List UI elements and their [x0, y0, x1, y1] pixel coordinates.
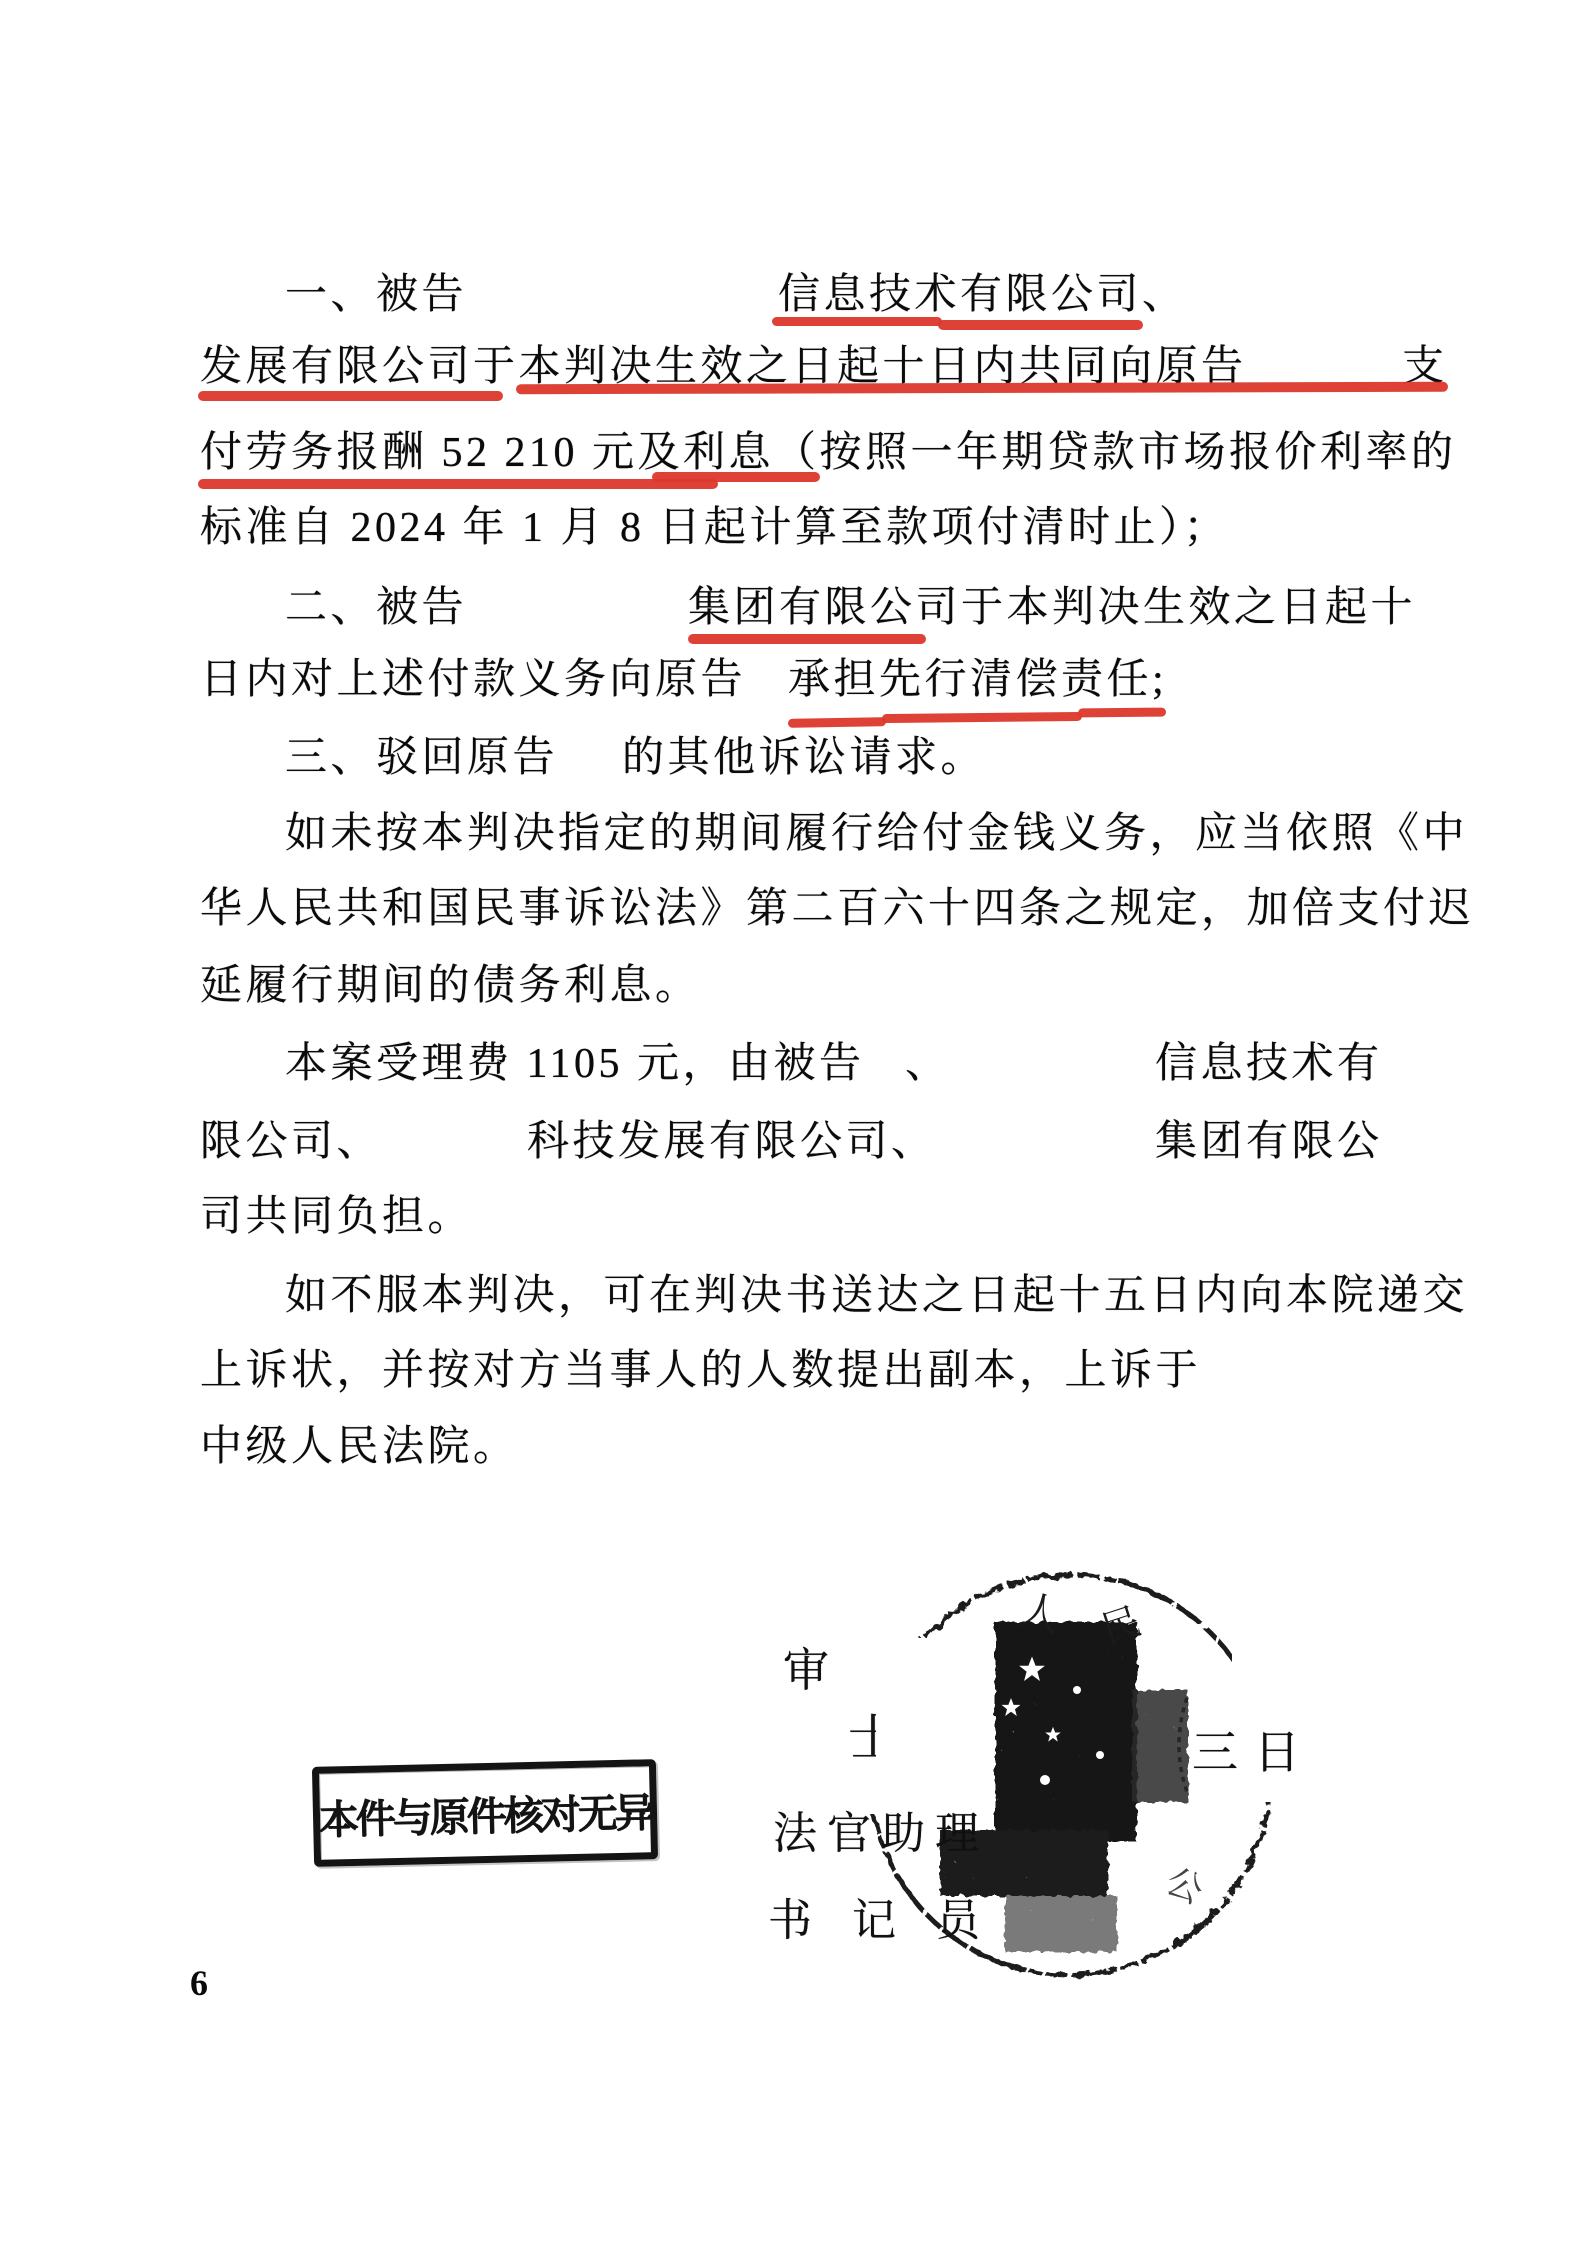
- seal-ink-garble: [1132, 1690, 1188, 1802]
- judgment-line-13: 司共同负担。: [200, 1194, 473, 1240]
- judgment-line-5a: 二、被告: [285, 585, 467, 631]
- presiding-judge-label: 审: [783, 1634, 829, 1700]
- red-underline: [198, 479, 718, 489]
- judgment-line-7a: 三、驳回原告: [285, 735, 558, 781]
- red-underline: [882, 712, 1082, 723]
- red-underline: [1078, 708, 1166, 718]
- judgment-line-1b: 信息技术有限公司、: [778, 272, 1188, 318]
- judgment-line-8: 如未按本判决指定的期间履行给付金钱义务，应当依照《中: [285, 811, 1468, 857]
- judgment-date-fragment: 三日: [1192, 1716, 1316, 1782]
- red-underline: [652, 472, 820, 482]
- red-underline: [788, 717, 886, 728]
- seal-ink-blob: [995, 1622, 1137, 1842]
- judgment-page: 一、被告 信息技术有限公司、 发展有限公司于本判决生效之日起十日内共同向原告 支…: [0, 0, 1588, 2245]
- seal-ink-blob: [1005, 1896, 1117, 1952]
- judgment-line-12a: 限公司、: [200, 1119, 382, 1165]
- judgment-line-11b: 、: [905, 1041, 951, 1087]
- court-seal-stamp: 人 民 公: [815, 1530, 1360, 2035]
- verification-stamp-text: 本件与原件核对无异: [318, 1781, 652, 1846]
- judgment-line-4: 标准自 2024 年 1 月 8 日起计算至款项付清时止）；: [200, 505, 1229, 551]
- judgment-line-15: 上诉状，并按对方当事人的人数提出副本，上诉于: [200, 1348, 1201, 1394]
- clerk-label: 书记员: [768, 1884, 1020, 1948]
- judge-assistant-label: 法官助理: [773, 1797, 989, 1861]
- red-underline: [688, 634, 926, 644]
- judgment-line-1a: 一、被告: [285, 272, 467, 318]
- judgment-line-12c: 集团有限公: [1155, 1119, 1383, 1165]
- judgment-line-6a: 日内对上述付款义务向原告: [200, 657, 746, 703]
- judgment-line-10: 延履行期间的债务利息。: [200, 963, 701, 1009]
- red-underline: [772, 317, 942, 326]
- judgment-line-5b: 集团有限公司于本判决生效之日起十: [688, 585, 1416, 631]
- judgment-line-6b: 承担先行清偿责任;: [788, 657, 1167, 703]
- judgment-line-14: 如不服本判决，可在判决书送达之日起十五日内向本院递交: [285, 1273, 1468, 1319]
- seal-char-gong: 公: [1160, 1861, 1209, 1912]
- judgment-line-11a: 本案受理费 1105 元，由被告: [285, 1041, 864, 1087]
- verification-stamp: 本件与原件核对无异: [312, 1759, 658, 1867]
- page-number: 6: [190, 1962, 208, 2004]
- judgment-line-12b: 科技发展有限公司、: [527, 1119, 937, 1165]
- redacted-character-fragment: 士: [850, 1698, 876, 1762]
- judgment-line-7b: 的其他诉讼请求。: [622, 735, 986, 781]
- judgment-line-3: 付劳务报酬 52 210 元及利息（按照一年期贷款市场报价利率的: [200, 430, 1457, 476]
- judgment-line-16: 中级人民法院。: [200, 1424, 519, 1470]
- judgment-line-11c: 信息技术有: [1155, 1041, 1383, 1087]
- judgment-line-9: 华人民共和国民事诉讼法》第二百六十四条之规定，加倍支付迟: [200, 886, 1474, 932]
- red-underline: [938, 320, 1143, 330]
- red-underline: [516, 382, 1448, 394]
- red-underline: [198, 391, 503, 401]
